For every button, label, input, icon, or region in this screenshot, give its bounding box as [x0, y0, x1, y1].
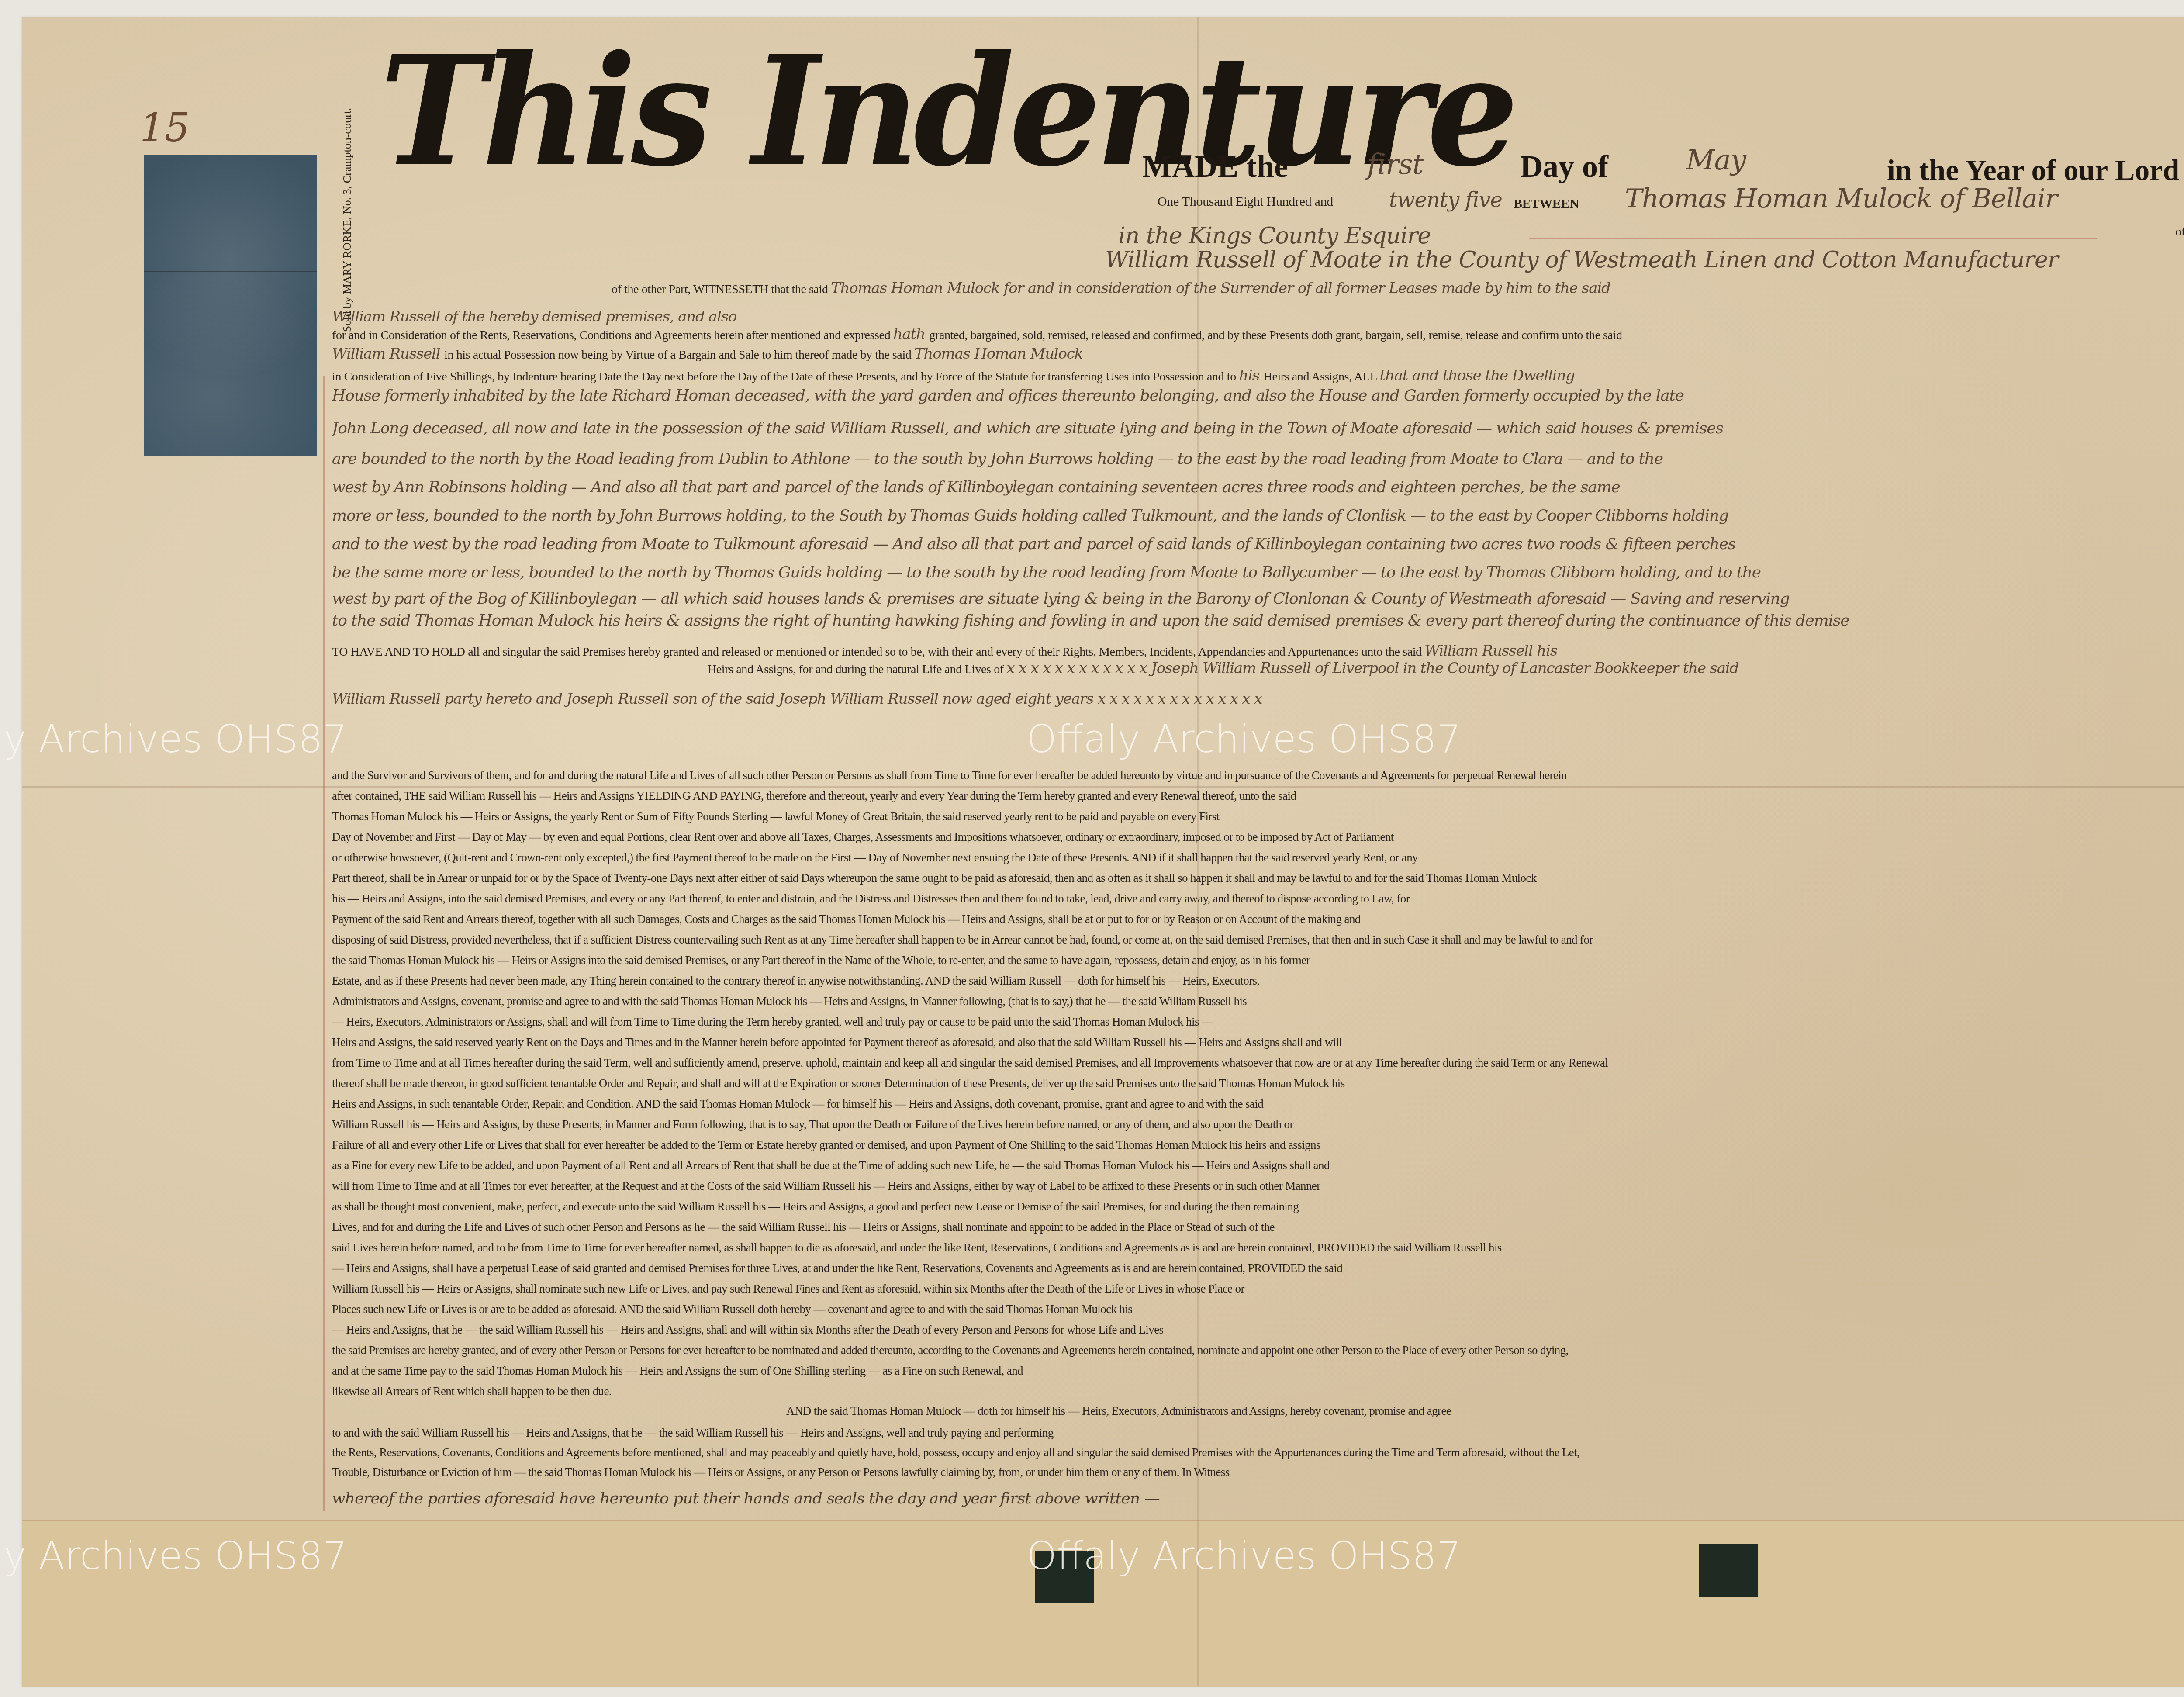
closing-line: to and with the said William Russell his… [332, 1426, 2184, 1440]
handwritten-text: William Russell party hereto and Joseph … [332, 690, 1262, 708]
deed-line: House formerly inhabited by the late Ric… [332, 387, 2184, 404]
printed-text: in Consideration of Five Shillings, by I… [332, 370, 1239, 384]
deed-line: Heirs and Assigns, for and during the na… [708, 660, 2184, 677]
party1-address: in the Kings County Esquire [1118, 223, 1431, 249]
closing-line: Trouble, Disturbance or Eviction of him … [332, 1465, 2184, 1479]
handwritten-text: west by part of the Bog of Killinboylega… [332, 590, 1790, 608]
covenant-line: will from Time to Time and at all Times … [332, 1179, 2184, 1193]
deed-line: for and in Consideration of the Rents, R… [332, 325, 2184, 343]
covenant-line: as shall be thought most convenient, mak… [332, 1200, 2184, 1213]
closing-line: whereof the parties aforesaid have hereu… [332, 1490, 2184, 1507]
deed-line: to the said Thomas Homan Mulock his heir… [332, 612, 2184, 629]
covenant-line: from Time to Time and at all Times herea… [332, 1056, 2184, 1070]
watermark: Offaly Archives OHS87 [1026, 716, 1461, 761]
handwritten-text: House formerly inhabited by the late Ric… [332, 387, 1684, 404]
covenant-line: Payment of the said Rent and Arrears the… [332, 912, 2184, 926]
covenant-line: Failure of all and every other Life or L… [332, 1138, 2184, 1152]
covenant-line: Heirs and Assigns, the said reserved yea… [332, 1036, 2184, 1049]
printed-text: in his actual Possession now being by Vi… [444, 348, 914, 362]
covenant-line: — Heirs, Executors, Administrators or As… [332, 1015, 2184, 1029]
printed-text: of the other Part, WITNESSETH that the s… [612, 283, 831, 296]
printer-imprint: Sold by MARY RORKE, No. 3, Crampton-cour… [341, 108, 354, 332]
handwritten-text: and to the west by the road leading from… [332, 535, 1735, 553]
document-title: This Indenture [380, 22, 1514, 200]
watermark: Offaly Archives OHS87 [1026, 1533, 1461, 1578]
covenant-line: and at the same Time pay to the said Tho… [332, 1364, 2184, 1378]
handwritten-text: are bounded to the north by the Road lea… [332, 450, 1663, 468]
handwritten-text: William Russell of the hereby demised pr… [332, 308, 736, 325]
party1-name: Thomas Homan Mulock of Bellair [1625, 183, 2057, 214]
covenant-line: William Russell his — Heirs or Assigns, … [332, 1282, 2184, 1296]
covenant-line: Heirs and Assigns, in such tenantable Or… [332, 1097, 2184, 1111]
covenant-line: his — Heirs and Assigns, into the said d… [332, 892, 2184, 906]
deed-line: be the same more or less, bounded to the… [332, 563, 2184, 581]
covenant-line: — Heirs and Assigns, that he — the said … [332, 1323, 2184, 1337]
year-prefix: One Thousand Eight Hundred and [1158, 194, 1333, 209]
day-value: first [1367, 149, 1423, 181]
deed-line: of the other Part, WITNESSETH that the s… [612, 280, 2184, 297]
covenant-line: likewise all Arrears of Rent which shall… [332, 1385, 2184, 1398]
deed-line: are bounded to the north by the Road lea… [332, 450, 2184, 468]
catalogue-number: 15 [140, 105, 190, 151]
day-of-label: Day of [1520, 149, 1608, 185]
deed-line: William Russell in his actual Possession… [332, 345, 2184, 363]
covenant-line: the said Premises are hereby granted, an… [332, 1344, 2184, 1357]
deed-line: John Long deceased, all now and late in … [332, 419, 2184, 437]
deed-line: west by Ann Robinsons holding — And also… [332, 478, 2184, 496]
made-the-label: MADE the [1142, 149, 1288, 185]
covenant-line: said Lives herein before named, and to b… [332, 1241, 2184, 1255]
handwritten-text: west by Ann Robinsons holding — And also… [332, 478, 1620, 496]
printed-text: granted, bargained, sold, remised, relea… [929, 328, 1622, 342]
deed-line: William Russell party hereto and Joseph … [332, 690, 2184, 708]
closing-line: AND the said Thomas Homan Mulock — doth … [786, 1404, 2184, 1418]
party2-name: William Russell of Moate in the County o… [1105, 247, 2058, 273]
covenant-line: William Russell his — Heirs and Assigns,… [332, 1118, 2184, 1131]
watermark: Offaly Archives OHS87 [0, 1533, 347, 1578]
year-value: twenty five [1389, 188, 1502, 212]
handwritten-text: Thomas Homan Mulock [914, 345, 1083, 363]
covenant-line: Part thereof, shall be in Arrear or unpa… [332, 871, 2184, 885]
covenant-line: the said Thomas Homan Mulock his — Heirs… [332, 954, 2184, 967]
deed-line: more or less, bounded to the north by Jo… [332, 507, 2184, 525]
covenant-line: Thomas Homan Mulock his — Heirs or Assig… [332, 810, 2184, 823]
handwritten-text: his [1239, 367, 1263, 384]
handwritten-text: hath [893, 325, 930, 343]
left-margin-rule [323, 376, 325, 1511]
covenant-line: disposing of said Distress, provided nev… [332, 933, 2184, 947]
covenant-line: as a Fine for every new Life to be added… [332, 1159, 2184, 1172]
handwritten-text: x x x x x x x x x x x x Joseph William R… [1006, 660, 1738, 677]
closing-line: the Rents, Reservations, Covenants, Cond… [332, 1446, 2184, 1459]
wax-seal-right [1699, 1544, 1758, 1597]
printed-text: for and in Consideration of the Rents, R… [332, 328, 893, 342]
deed-line: William Russell of the hereby demised pr… [332, 308, 2184, 325]
month-value: May [1686, 144, 1746, 176]
revenue-stamp [144, 155, 317, 456]
handwritten-text: William Russell [332, 345, 444, 363]
covenant-line: — Heirs and Assigns, shall have a perpet… [332, 1262, 2184, 1275]
handwritten-text: to the said Thomas Homan Mulock his heir… [332, 612, 1849, 629]
covenant-line: or otherwise howsoever, (Quit-rent and C… [332, 851, 2184, 864]
fill-rule [1529, 238, 2097, 239]
handwritten-text: more or less, bounded to the north by Jo… [332, 507, 1728, 525]
deed-line: and to the west by the road leading from… [332, 535, 2184, 553]
printed-text: Heirs and Assigns, for and during the na… [708, 663, 1006, 676]
covenant-line: and the Survivor and Survivors of them, … [332, 769, 2184, 782]
covenant-line: Lives, and for and during the Life and L… [332, 1220, 2184, 1234]
between-label: BETWEEN [1514, 197, 1579, 211]
deed-line: TO HAVE AND TO HOLD all and singular the… [332, 642, 2184, 660]
horizontal-fold-line [22, 786, 2184, 788]
covenant-line: Places such new Life or Lives is or are … [332, 1303, 2184, 1316]
year-of-lord-label: in the Year of our Lord [1887, 153, 2179, 187]
printed-text: Heirs and Assigns, ALL [1264, 370, 1380, 384]
of-one-part-label: of the one Part, and [2175, 225, 2184, 239]
covenant-line: after contained, THE said William Russel… [332, 789, 2184, 803]
covenant-line: Administrators and Assigns, covenant, pr… [332, 995, 2184, 1008]
printed-text: TO HAVE AND TO HOLD all and singular the… [332, 645, 1424, 659]
handwritten-text: be the same more or less, bounded to the… [332, 563, 1761, 581]
covenant-line: Day of November and First — Day of May —… [332, 830, 2184, 844]
handwritten-text: Thomas Homan Mulock for and in considera… [831, 280, 1610, 297]
handwritten-text: that and those the Dwelling [1379, 367, 1574, 384]
covenant-line: Estate, and as if these Presents had nev… [332, 974, 2184, 988]
watermark: Offaly Archives OHS87 [0, 716, 347, 761]
deed-line: west by part of the Bog of Killinboylega… [332, 590, 2184, 608]
handwritten-text: John Long deceased, all now and late in … [332, 419, 1723, 437]
covenant-line: thereof shall be made thereon, in good s… [332, 1077, 2184, 1090]
deed-line: in Consideration of Five Shillings, by I… [332, 367, 2184, 384]
handwritten-text: William Russell his [1424, 642, 1557, 660]
